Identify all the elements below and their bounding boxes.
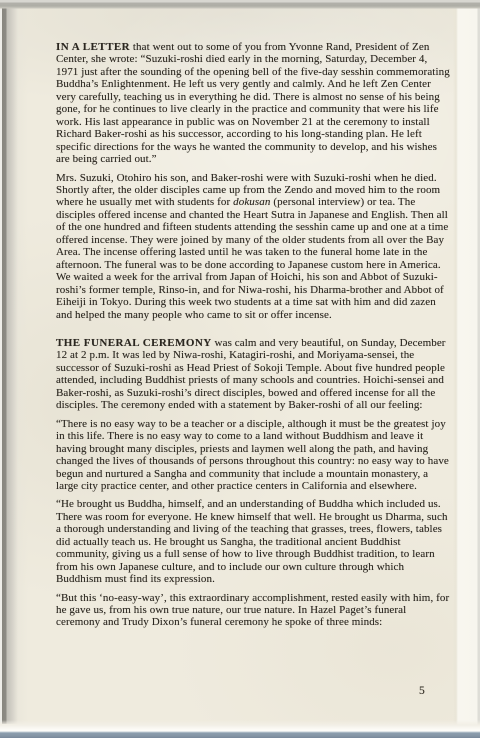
paragraph-quote-three-minds: “But this ‘no-easy-way’, this extraordin… (56, 592, 450, 629)
dokusan-italic-term: dokusan (233, 196, 270, 208)
scanned-newsletter-page: IN A LETTER that went out to some of you… (0, 0, 480, 738)
paragraph-lead-funeral-ceremony: THE FUNERAL CEREMONY (56, 337, 212, 349)
paragraph-body-death-account-after: (personal interview) or tea. The discipl… (56, 196, 448, 320)
paragraph-quote-buddha-dharma-sangha: “He brought us Buddha, himself, and an u… (56, 498, 450, 585)
paragraph-lead-in-a-letter: IN A LETTER (56, 41, 130, 53)
paragraph-funeral-ceremony: THE FUNERAL CEREMONY was calm and very b… (56, 337, 450, 412)
scan-edge-right (453, 6, 480, 726)
scan-edge-top (0, 0, 480, 9)
page-number: 5 (419, 685, 425, 697)
paragraph-body-in-a-letter: that went out to some of you from Yvonne… (56, 41, 450, 165)
paragraph-quote-no-easy-way: “There is no easy way to be a teacher or… (56, 418, 450, 493)
scan-edge-left (0, 0, 28, 724)
paragraph-in-a-letter: IN A LETTER that went out to some of you… (56, 41, 450, 166)
paragraph-death-account: Mrs. Suzuki, Otohiro his son, and Baker-… (56, 172, 450, 321)
page-text-block: IN A LETTER that went out to some of you… (56, 41, 450, 635)
scan-edge-bottom (0, 720, 480, 738)
